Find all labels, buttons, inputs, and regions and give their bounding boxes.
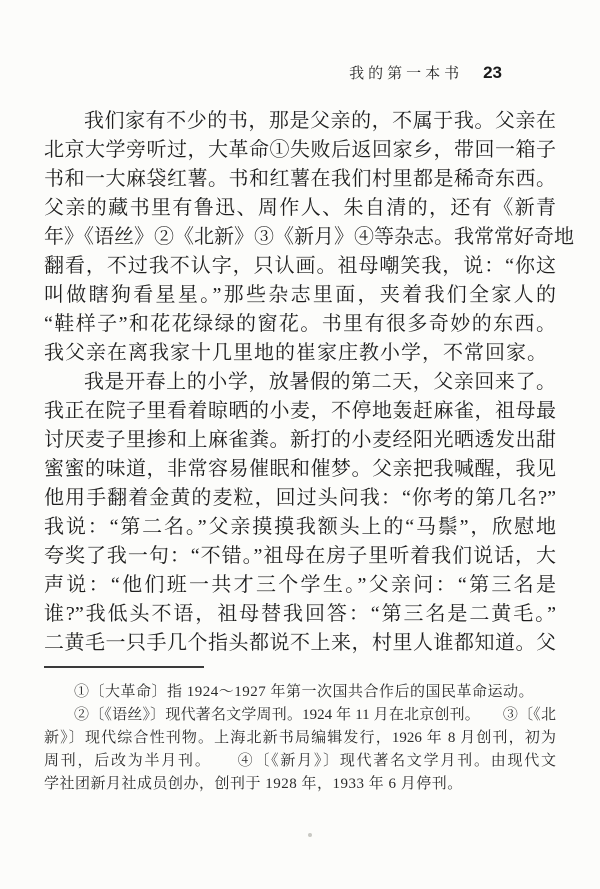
footnote-separator xyxy=(44,666,204,668)
text-line: 声说：“他们班一共才三个学生。”父亲问：“第三名是 xyxy=(44,571,556,600)
book-page: 我的第一本书 23 我们家有不少的书，那是父亲的，不属于我。父亲在 北京大学旁听… xyxy=(0,0,600,889)
text-line: 蜜蜜的味道，非常容易催眠和催梦。父亲把我喊醒，我见 xyxy=(44,455,556,484)
footnote-line: 新》〕现代综合性刊物。上海北新书局编辑发行，1926 年 8 月创刊，初为 xyxy=(44,727,556,750)
footnote-line: 周刊，后改为半月刊。 ④〔《新月》〕现代著名文学月刊。由现代文 xyxy=(44,750,556,773)
body-text: 我们家有不少的书，那是父亲的，不属于我。父亲在 北京大学旁听过，大革命①失败后返… xyxy=(44,107,556,658)
running-header-title: 我的第一本书 xyxy=(349,62,463,83)
text-line: 谁?”我低头不语，祖母替我回答：“第三名是二黄毛。” xyxy=(44,600,556,629)
footnotes: ①〔大革命〕指 1924～1927 年第一次国共合作后的国民革命运动。 ②〔《语… xyxy=(44,681,556,796)
text-line: 北京大学旁听过，大革命①失败后返回家乡，带回一箱子 xyxy=(44,136,556,165)
running-header: 我的第一本书 23 xyxy=(0,62,600,80)
text-line: 二黄毛一只手几个指头都说不上来，村里人谁都知道。父 xyxy=(44,629,556,658)
text-line: 翻看，不过我不认字，只认画。祖母嘲笑我，说：“你这 xyxy=(44,252,556,281)
page-number: 23 xyxy=(483,63,502,83)
text-line: “鞋样子”和花花绿绿的窗花。书里有很多奇妙的东西。 xyxy=(44,310,556,339)
text-line: 年》《语丝》②《北新》③《新月》④等杂志。我常常好奇地 xyxy=(44,223,556,252)
text-line: 他用手翻着金黄的麦粒，回过头问我：“你考的第几名?” xyxy=(44,484,556,513)
text-line: 我说：“第二名。”父亲摸摸我额头上的“马鬃”，欣慰地 xyxy=(44,513,556,542)
text-line: 叫做瞎狗看星星。”那些杂志里面，夹着我们全家人的 xyxy=(44,281,556,310)
text-line: 我是开春上的小学，放暑假的第二天，父亲回来了。 xyxy=(44,368,556,397)
text-line: 夸奖了我一句：“不错。”祖母在房子里听着我们说话，大 xyxy=(44,542,556,571)
scan-speck xyxy=(308,833,312,837)
text-line: 书和一大麻袋红薯。书和红薯在我们村里都是稀奇东西。 xyxy=(44,165,556,194)
text-line: 讨厌麦子里掺和上麻雀粪。新打的小麦经阳光晒透发出甜 xyxy=(44,426,556,455)
text-line: 我正在院子里看着晾晒的小麦，不停地轰赶麻雀，祖母最 xyxy=(44,397,556,426)
text-line: 我父亲在离我家十几里地的崔家庄教小学，不常回家。 xyxy=(44,339,556,368)
text-line: 我们家有不少的书，那是父亲的，不属于我。父亲在 xyxy=(44,107,556,136)
text-line: 父亲的藏书里有鲁迅、周作人、朱自清的，还有《新青 xyxy=(44,194,556,223)
footnote-line: 学社团新月社成员创办，创刊于 1928 年，1933 年 6 月停刊。 xyxy=(44,773,556,796)
footnote-line: ①〔大革命〕指 1924～1927 年第一次国共合作后的国民革命运动。 xyxy=(44,681,556,704)
footnote-line: ②〔《语丝》〕现代著名文学周刊。1924 年 11 月在北京创刊。 ③〔《北 xyxy=(44,704,556,727)
